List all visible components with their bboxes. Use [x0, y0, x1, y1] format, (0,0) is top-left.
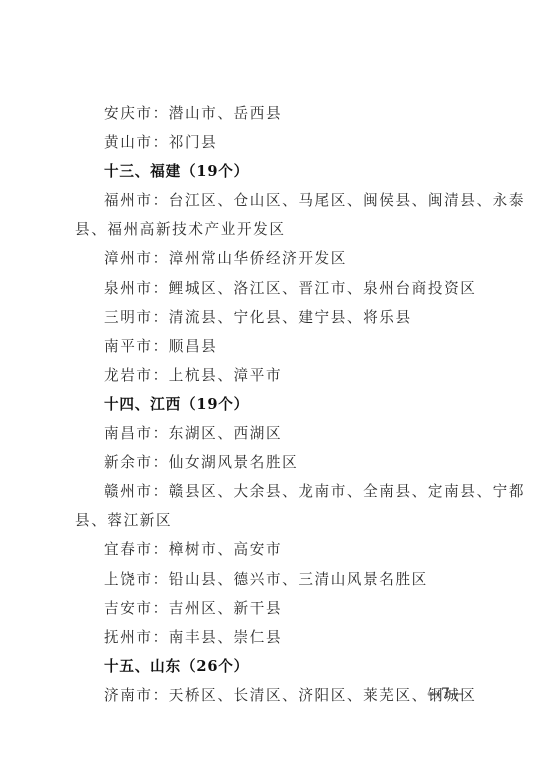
entry-huangshan: 黄山市：祁门县	[75, 128, 485, 157]
document-page: 安庆市：潜山市、岳西县 黄山市：祁门县 十三、福建（19个） 福州市：台江区、仓…	[75, 99, 485, 710]
entry-fuzhou-continued: 县、福州高新技术产业开发区	[75, 215, 485, 244]
page-number: —7—	[427, 686, 464, 702]
entry-yichun: 宜春市：樟树市、高安市	[75, 535, 485, 564]
entry-ganzhou: 赣州市：赣县区、大余县、龙南市、全南县、定南县、宁都	[75, 477, 485, 506]
entry-nanchang: 南昌市：东湖区、西湖区	[75, 419, 485, 448]
entry-jian: 吉安市：吉州区、新干县	[75, 594, 485, 623]
entry-sanming: 三明市：清流县、宁化县、建宁县、将乐县	[75, 303, 485, 332]
entry-nanping: 南平市：顺昌县	[75, 332, 485, 361]
entry-quanzhou: 泉州市：鲤城区、洛江区、晋江市、泉州台商投资区	[75, 274, 485, 303]
section-heading-shandong: 十五、山东（26个）	[75, 652, 485, 681]
section-heading-jiangxi: 十四、江西（19个）	[75, 390, 485, 419]
entry-shangrao: 上饶市：铅山县、德兴市、三清山风景名胜区	[75, 565, 485, 594]
entry-fuzhou: 福州市：台江区、仓山区、马尾区、闽侯县、闽清县、永泰	[75, 186, 485, 215]
entry-zhangzhou: 漳州市：漳州常山华侨经济开发区	[75, 244, 485, 273]
entry-anqing: 安庆市：潜山市、岳西县	[75, 99, 485, 128]
entry-longyan: 龙岩市：上杭县、漳平市	[75, 361, 485, 390]
entry-ganzhou-continued: 县、蓉江新区	[75, 506, 485, 535]
section-heading-fujian: 十三、福建（19个）	[75, 157, 485, 186]
entry-jinan: 济南市：天桥区、长清区、济阳区、莱芜区、钢城区	[75, 681, 485, 710]
entry-fuzhou-jx: 抚州市：南丰县、崇仁县	[75, 623, 485, 652]
entry-xinyu: 新余市：仙女湖风景名胜区	[75, 448, 485, 477]
